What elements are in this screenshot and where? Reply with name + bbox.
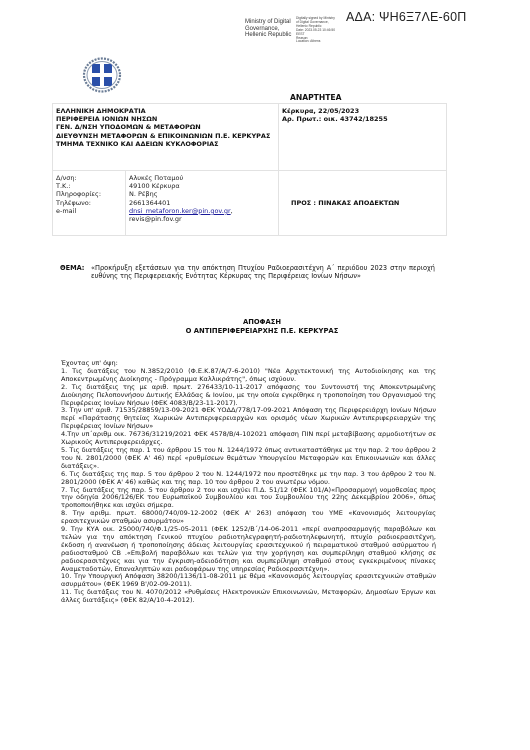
legal-basis-item: 7. Τις διατάξεις της παρ. 5 του άρθρου 2… — [61, 487, 436, 511]
legal-basis-item: 1. Τις διατάξεις του Ν.3852/2010 (Φ.Ε.Κ.… — [61, 368, 436, 384]
decision-authority: Ο ΑΝΤΙΠΕΡΙΦΕΡΕΙΑΡΧΗΣ Π.Ε. ΚΕΡΚΥΡΑΣ — [52, 327, 472, 336]
issuing-authority: ΕΛΛΗΝΙΚΗ ΔΗΜΟΚΡΑΤΙΑ ΠΕΡΙΦΕΡΕΙΑ ΙΟΝΙΩΝ ΝΗ… — [53, 104, 279, 171]
signature-org-line: Ministry of Digital — [245, 19, 291, 26]
date-protocol-cell: Κέρκυρα, 22/05/2023 Αρ. Πρωτ.: οικ. 4374… — [279, 104, 447, 171]
org-line: ΠΕΡΙΦΕΡΕΙΑ ΙΟΝΙΩΝ ΝΗΣΩΝ — [56, 115, 275, 123]
legal-basis-item: 11. Τις διατάξεις του Ν. 4070/2012 «Ρυθμ… — [61, 589, 436, 605]
legal-basis-item: 6. Τις διατάξεις της παρ. 5 του άρθρου 2… — [61, 471, 436, 487]
posting-label: ΑΝΑΡΤΗΤΕΑ — [290, 93, 341, 102]
place-date: Κέρκυρα, 22/05/2023 — [282, 107, 443, 115]
postal-value: 49100 Κέρκυρα — [129, 182, 275, 190]
label-address: Δ/νση: — [56, 174, 122, 182]
recipient: ΠΡΟΣ : ΠΙΝΑΚΑΣ ΑΠΟΔΕΚΤΩΝ — [279, 171, 447, 236]
legal-basis-item: 2. Τις διατάξεις της με αριθ. πρωτ. 2764… — [61, 384, 436, 408]
legal-basis-item: 4.Την υπ΄αριθμ οικ. 76736/31219/2021 ΦΕΚ… — [61, 431, 436, 447]
email-link-primary[interactable]: dnsi_metaforon.ker@pin.gov.gr — [129, 207, 231, 215]
signature-detail-line: Location: Athens — [296, 40, 356, 44]
legal-basis-item: 3. Την υπ' αριθ. 71535/28859/13-09-2021 … — [61, 407, 436, 431]
org-line: ΕΛΛΗΝΙΚΗ ΔΗΜΟΚΡΑΤΙΑ — [56, 107, 275, 115]
org-line: ΔΙΕΥΘΥΝΣΗ ΜΕΤΑΦΟΡΩΝ & ΕΠΙΚΟΙΝΩΝΙΩΝ Π.Ε. … — [56, 132, 275, 140]
legal-basis-item: 9. Την ΚΥΑ οικ. 25000/740/Φ.1/25-05-2011… — [61, 526, 436, 573]
email-separator: , — [231, 207, 233, 215]
label-postal: Τ.Κ.: — [56, 182, 122, 190]
signature-org-line: Hellenic Republic — [245, 32, 291, 39]
subject-label: ΘΕΜΑ: — [60, 264, 84, 272]
contact-values: Αλυκές Ποταμού 49100 Κέρκυρα Ν. Ρέβης 26… — [126, 171, 279, 236]
legal-basis-item: 10. Την Υπουργική Απόφαση 38200/1136/11-… — [61, 573, 436, 589]
legal-basis-item: 8. Την αριθμ. πρωτ. 68000/740/09-12-2002… — [61, 510, 436, 526]
document-body: Έχοντας υπ' όψη: 1. Τις διατάξεις του Ν.… — [61, 360, 436, 605]
subject-text: «Προκήρυξη εξετάσεων για την απόκτηση Πτ… — [91, 264, 435, 281]
header-table: ΕΛΛΗΝΙΚΗ ΔΗΜΟΚΡΑΤΙΑ ΠΕΡΙΦΕΡΕΙΑ ΙΟΝΙΩΝ ΝΗ… — [52, 103, 447, 236]
label-info: Πληροφορίες: — [56, 190, 122, 198]
org-line: ΤΜΗΜΑ ΤΕΧΝΙΚΟ ΚΑΙ ΑΔΕΙΩΝ ΚΥΚΛΟΦΟΡΙΑΣ — [56, 140, 275, 148]
email-link-secondary[interactable]: revis@pin.fov.gr — [129, 215, 275, 223]
info-value: Ν. Ρέβης — [129, 190, 275, 198]
contact-labels: Δ/νση: Τ.Κ.: Πληροφορίες: Τηλέφωνο: e-ma… — [53, 171, 126, 236]
phone-value: 2661364401 — [129, 199, 275, 207]
decision-heading: ΑΠΟΦΑΣΗ Ο ΑΝΤΙΠΕΡΙΦΕΡΕΙΑΡΧΗΣ Π.Ε. ΚΕΡΚΥΡ… — [52, 318, 472, 336]
digital-signature-details: Digitally signed by Ministry of Digital … — [296, 17, 356, 44]
digital-signature-org: Ministry of Digital Governance, Hellenic… — [245, 19, 291, 39]
subject-block: ΘΕΜΑ: «Προκήρυξη εξετάσεων για την απόκτ… — [60, 264, 435, 281]
coat-of-arms-icon — [81, 56, 123, 94]
label-email: e-mail — [56, 207, 122, 215]
legal-basis-item: 5. Τις διατάξεις της παρ. 1 του άρθρου 1… — [61, 447, 436, 471]
decision-title: ΑΠΟΦΑΣΗ — [52, 318, 472, 327]
ada-number: ΑΔΑ: ΨΗ6Ξ7ΛΕ-60Π — [346, 10, 466, 24]
protocol-number: Αρ. Πρωτ.: οικ. 43742/18255 — [282, 115, 443, 123]
address-value: Αλυκές Ποταμού — [129, 174, 275, 182]
org-line: ΓΕΝ. Δ/ΝΣΗ ΥΠΟΔΟΜΩΝ & ΜΕΤΑΦΟΡΩΝ — [56, 123, 275, 131]
email-value: dnsi_metaforon.ker@pin.gov.gr, — [129, 207, 275, 215]
label-phone: Τηλέφωνο: — [56, 199, 122, 207]
